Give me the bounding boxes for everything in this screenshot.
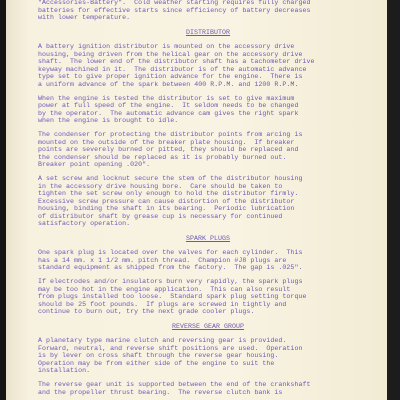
distributor-paragraph-3: The condenser for protecting the distrib… (38, 131, 378, 169)
spark-plugs-paragraph-2: If electrodes and/or insulators burn ver… (38, 278, 378, 316)
distributor-paragraph-1: A battery ignition distributor is mounte… (38, 43, 378, 88)
distributor-paragraph-2: When the engine is tested the distributo… (38, 95, 378, 125)
spark-plugs-paragraph-1: One spark plug is located over the valve… (38, 249, 378, 272)
intro-line: with lower temperature. (38, 14, 130, 21)
section-heading-reverse-gear: REVERSE GEAR GROUP (38, 323, 378, 331)
section-heading-distributor: DISTRIBUTOR (38, 29, 378, 37)
intro-paragraph: "Accessories-Battery". Cold weather star… (38, 0, 378, 22)
reverse-gear-paragraph-2: The reverse gear unit is supported betwe… (38, 381, 378, 396)
intro-line: "Accessories-Battery". Cold weather star… (38, 0, 310, 6)
reverse-gear-paragraph-1: A planetary type marine clutch and rever… (38, 337, 378, 375)
document-content: "Accessories-Battery". Cold weather star… (38, 0, 378, 400)
intro-line: batteries for effective starts since eff… (38, 7, 310, 14)
scan-right-edge (387, 0, 400, 400)
section-heading-spark-plugs: SPARK PLUGS (38, 235, 378, 243)
distributor-paragraph-4: A set screw and locknut secure the stem … (38, 175, 378, 228)
